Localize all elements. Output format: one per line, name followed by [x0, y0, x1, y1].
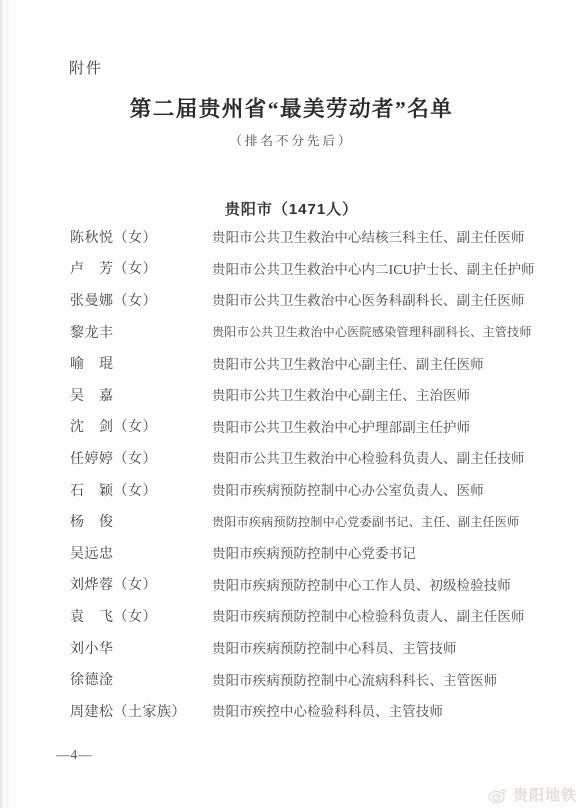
person-title: 贵阳市疾病预防控制中心工作人员、初级检验技师 [212, 575, 532, 594]
attachment-label: 附件 [69, 57, 103, 78]
person-name: 喻 琨 [70, 353, 212, 373]
list-item: 吴远忠 贵阳市疾病预防控制中心党委书记 [70, 537, 532, 569]
person-title: 贵阳市公共卫生救治中心内二ICU护士长、副主任护师 [212, 259, 535, 278]
person-name: 陈秋悦（女） [70, 227, 212, 247]
watermark-text: 贵阳地铁 [513, 784, 577, 805]
person-name: 徐德淦 [70, 669, 212, 689]
person-name: 张曼娜（女） [70, 290, 212, 310]
list-item: 沈 剑（女） 贵阳市公共卫生救治中心护理部副主任护师 [70, 411, 532, 443]
person-name: 周建松（土家族） [70, 701, 212, 721]
person-name: 卢 芳（女） [70, 258, 212, 278]
person-title: 贵阳市疾病预防控制中心党委副书记、主任、副主任医师 [212, 513, 532, 530]
list-item: 陈秋悦（女） 贵阳市公共卫生救治中心结核三科主任、副主任医师 [70, 221, 532, 253]
list-item: 袁 飞（女） 贵阳市疾病预防控制中心检验科负责人、副主任医师 [70, 600, 532, 632]
person-title: 贵阳市公共卫生救治中心结核三科主任、副主任医师 [212, 227, 532, 246]
person-name: 刘烨蓉（女） [70, 574, 212, 594]
list-item: 喻 琨 贵阳市公共卫生救治中心副主任、副主任医师 [70, 347, 532, 379]
person-title: 贵阳市疾病预防控制中心流病科科长、主管医师 [212, 670, 532, 689]
person-title: 贵阳市疾病预防控制中心科员、主管技师 [212, 638, 532, 657]
person-title: 贵阳市疾病预防控制中心检验科负责人、副主任医师 [212, 606, 532, 625]
person-title: 贵阳市疾病预防控制中心党委书记 [212, 543, 532, 562]
person-title: 贵阳市公共卫生救治中心检验科负责人、副主任技师 [212, 448, 532, 467]
list-item: 卢 芳（女） 贵阳市公共卫生救治中心内二ICU护士长、副主任护师 [70, 253, 532, 285]
list-item: 石 颖（女） 贵阳市疾病预防控制中心办公室负责人、医师 [70, 474, 532, 506]
document-page: 附件 第二届贵州省“最美劳动者”名单 （排名不分先后） 贵阳市（1471人） 陈… [0, 0, 583, 808]
list-item: 吴 嘉 贵阳市公共卫生救治中心副主任、主治医师 [70, 379, 532, 411]
person-title: 贵阳市公共卫生救治中心护理部副主任护师 [212, 417, 532, 436]
person-name: 沈 剑（女） [70, 416, 212, 436]
list-item: 杨 俊 贵阳市疾病预防控制中心党委副书记、主任、副主任医师 [70, 505, 532, 537]
award-list: 陈秋悦（女） 贵阳市公共卫生救治中心结核三科主任、副主任医师 卢 芳（女） 贵阳… [70, 221, 532, 727]
person-name: 石 颖（女） [70, 480, 212, 500]
person-name: 袁 飞（女） [70, 606, 212, 626]
list-item: 刘小华 贵阳市疾病预防控制中心科员、主管技师 [70, 632, 532, 664]
list-item: 任婷婷（女） 贵阳市公共卫生救治中心检验科负责人、副主任技师 [70, 442, 532, 474]
weibo-icon [487, 786, 509, 804]
person-title: 贵阳市公共卫生救治中心副主任、主治医师 [212, 385, 532, 404]
list-item: 张曼娜（女） 贵阳市公共卫生救治中心医务科副科长、副主任医师 [70, 284, 532, 316]
page-subtitle: （排名不分先后） [0, 131, 583, 149]
section-header: 贵阳市（1471人） [0, 198, 583, 219]
list-item: 刘烨蓉（女） 贵阳市疾病预防控制中心工作人员、初级检验技师 [70, 569, 532, 601]
list-item: 周建松（土家族） 贵阳市疾控中心检验科科员、主管技师 [70, 695, 532, 727]
person-title: 贵阳市疾病预防控制中心办公室负责人、医师 [212, 480, 532, 499]
person-name: 吴 嘉 [70, 385, 212, 405]
person-name: 黎龙丰 [70, 322, 212, 342]
person-title: 贵阳市疾控中心检验科科员、主管技师 [212, 701, 532, 720]
person-name: 吴远忠 [70, 543, 212, 563]
person-name: 杨 俊 [70, 511, 212, 531]
page-title: 第二届贵州省“最美劳动者”名单 [0, 92, 583, 123]
person-title: 贵阳市公共卫生救治中心副主任、副主任医师 [212, 354, 532, 373]
person-name: 任婷婷（女） [70, 448, 212, 468]
list-item: 徐德淦 贵阳市疾病预防控制中心流病科科长、主管医师 [70, 663, 532, 695]
watermark: 贵阳地铁 [487, 784, 577, 805]
person-name: 刘小华 [70, 638, 212, 658]
page-number: —4— [56, 747, 93, 763]
person-title: 贵阳市公共卫生救治中心医务科副科长、副主任医师 [212, 290, 532, 309]
list-item: 黎龙丰 贵阳市公共卫生救治中心医院感染管理科副科长、主管技师 [70, 316, 532, 348]
person-title: 贵阳市公共卫生救治中心医院感染管理科副科长、主管技师 [212, 323, 532, 340]
